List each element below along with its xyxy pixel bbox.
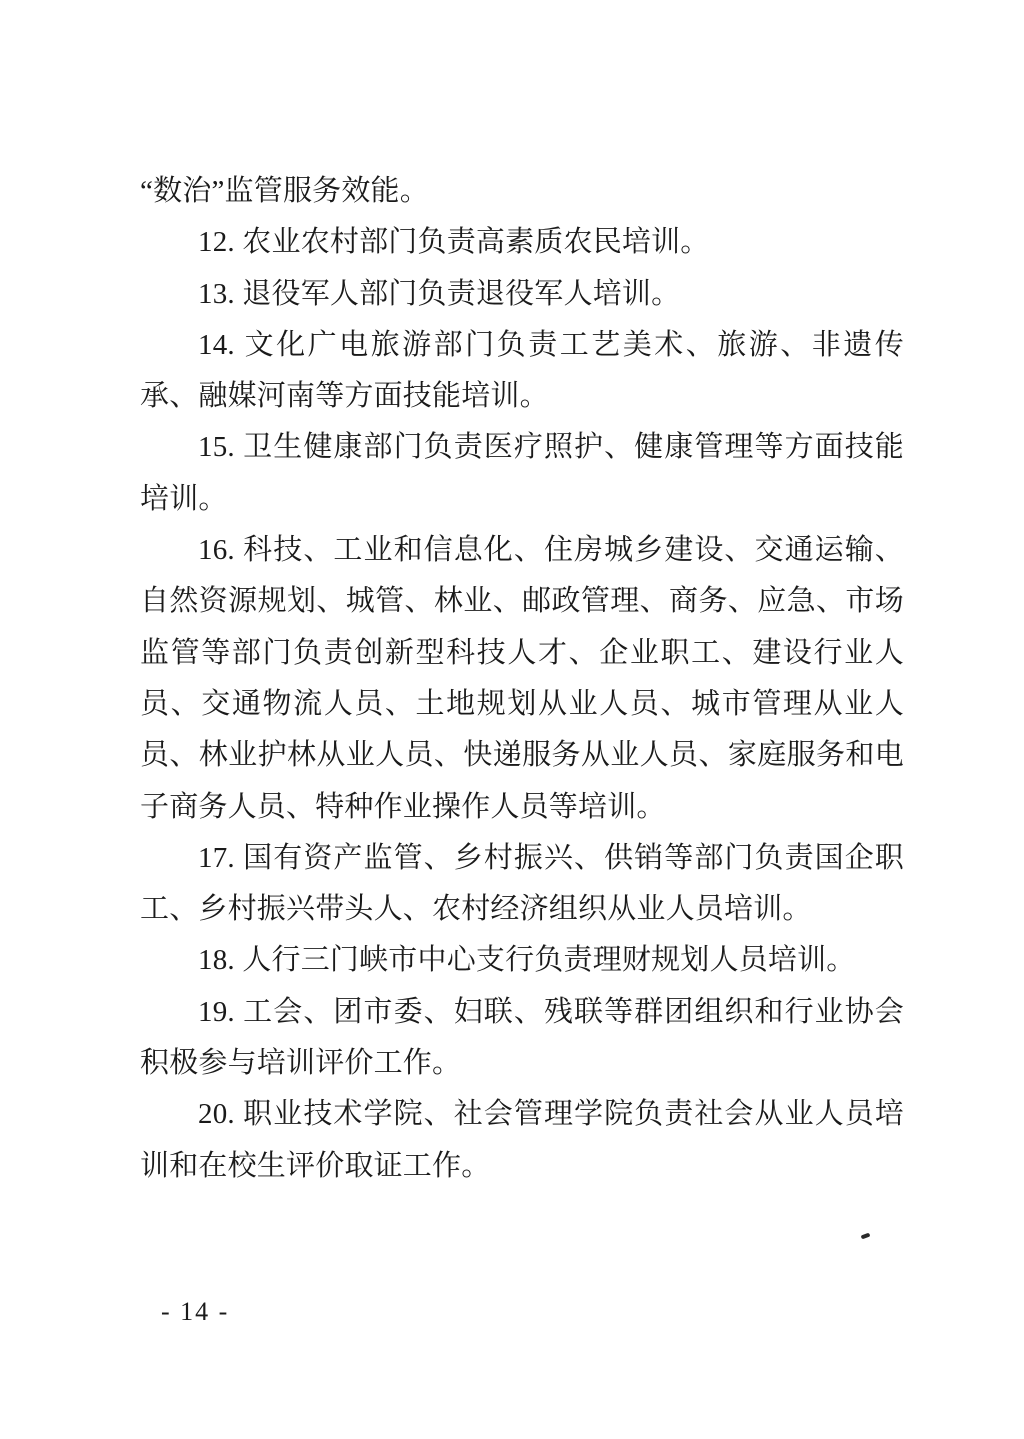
document-body: “数治”监管服务效能。 12. 农业农村部门负责高素质农民培训。 13. 退役军…	[140, 166, 904, 1192]
text-line: 13. 退役军人部门负责退役军人培训。	[140, 269, 904, 320]
text-line: “数治”监管服务效能。	[140, 166, 904, 217]
text-line: 监管等部门负责创新型科技人才、企业职工、建设行业人	[140, 628, 904, 679]
text-line: 培训。	[140, 474, 904, 525]
text-line: 工、乡村振兴带头人、农村经济组织从业人员培训。	[140, 884, 904, 935]
ink-speck-mark	[861, 1233, 871, 1240]
text-line: 16. 科技、工业和信息化、住房城乡建设、交通运输、	[140, 525, 904, 576]
list-item-12: 12. 农业农村部门负责高素质农民培训。	[140, 217, 904, 268]
text-line: 积极参与培训评价工作。	[140, 1038, 904, 1089]
text-line: 12. 农业农村部门负责高素质农民培训。	[140, 217, 904, 268]
text-line: 员、交通物流人员、土地规划从业人员、城市管理从业人	[140, 679, 904, 730]
text-line: 员、林业护林从业人员、快递服务从业人员、家庭服务和电	[140, 730, 904, 781]
text-line: 20. 职业技术学院、社会管理学院负责社会从业人员培	[140, 1089, 904, 1140]
text-line: 训和在校生评价取证工作。	[140, 1141, 904, 1192]
text-line: 自然资源规划、城管、林业、邮政管理、商务、应急、市场	[140, 576, 904, 627]
list-item-15: 15. 卫生健康部门负责医疗照护、健康管理等方面技能 培训。	[140, 422, 904, 525]
list-item-14: 14. 文化广电旅游部门负责工艺美术、旅游、非遗传 承、融媒河南等方面技能培训。	[140, 320, 904, 423]
paragraph-continuation: “数治”监管服务效能。	[140, 166, 904, 217]
text-line: 19. 工会、团市委、妇联、残联等群团组织和行业协会	[140, 987, 904, 1038]
text-line: 14. 文化广电旅游部门负责工艺美术、旅游、非遗传	[140, 320, 904, 371]
document-page: “数治”监管服务效能。 12. 农业农村部门负责高素质农民培训。 13. 退役军…	[0, 0, 1024, 1439]
text-line: 承、融媒河南等方面技能培训。	[140, 371, 904, 422]
list-item-20: 20. 职业技术学院、社会管理学院负责社会从业人员培 训和在校生评价取证工作。	[140, 1089, 904, 1192]
list-item-18: 18. 人行三门峡市中心支行负责理财规划人员培训。	[140, 935, 904, 986]
text-line: 18. 人行三门峡市中心支行负责理财规划人员培训。	[140, 935, 904, 986]
page-number: - 14 -	[161, 1297, 229, 1327]
text-line: 子商务人员、特种作业操作人员等培训。	[140, 782, 904, 833]
text-line: 15. 卫生健康部门负责医疗照护、健康管理等方面技能	[140, 422, 904, 473]
list-item-19: 19. 工会、团市委、妇联、残联等群团组织和行业协会 积极参与培训评价工作。	[140, 987, 904, 1090]
list-item-17: 17. 国有资产监管、乡村振兴、供销等部门负责国企职 工、乡村振兴带头人、农村经…	[140, 833, 904, 936]
text-line: 17. 国有资产监管、乡村振兴、供销等部门负责国企职	[140, 833, 904, 884]
list-item-13: 13. 退役军人部门负责退役军人培训。	[140, 269, 904, 320]
list-item-16: 16. 科技、工业和信息化、住房城乡建设、交通运输、 自然资源规划、城管、林业、…	[140, 525, 904, 833]
